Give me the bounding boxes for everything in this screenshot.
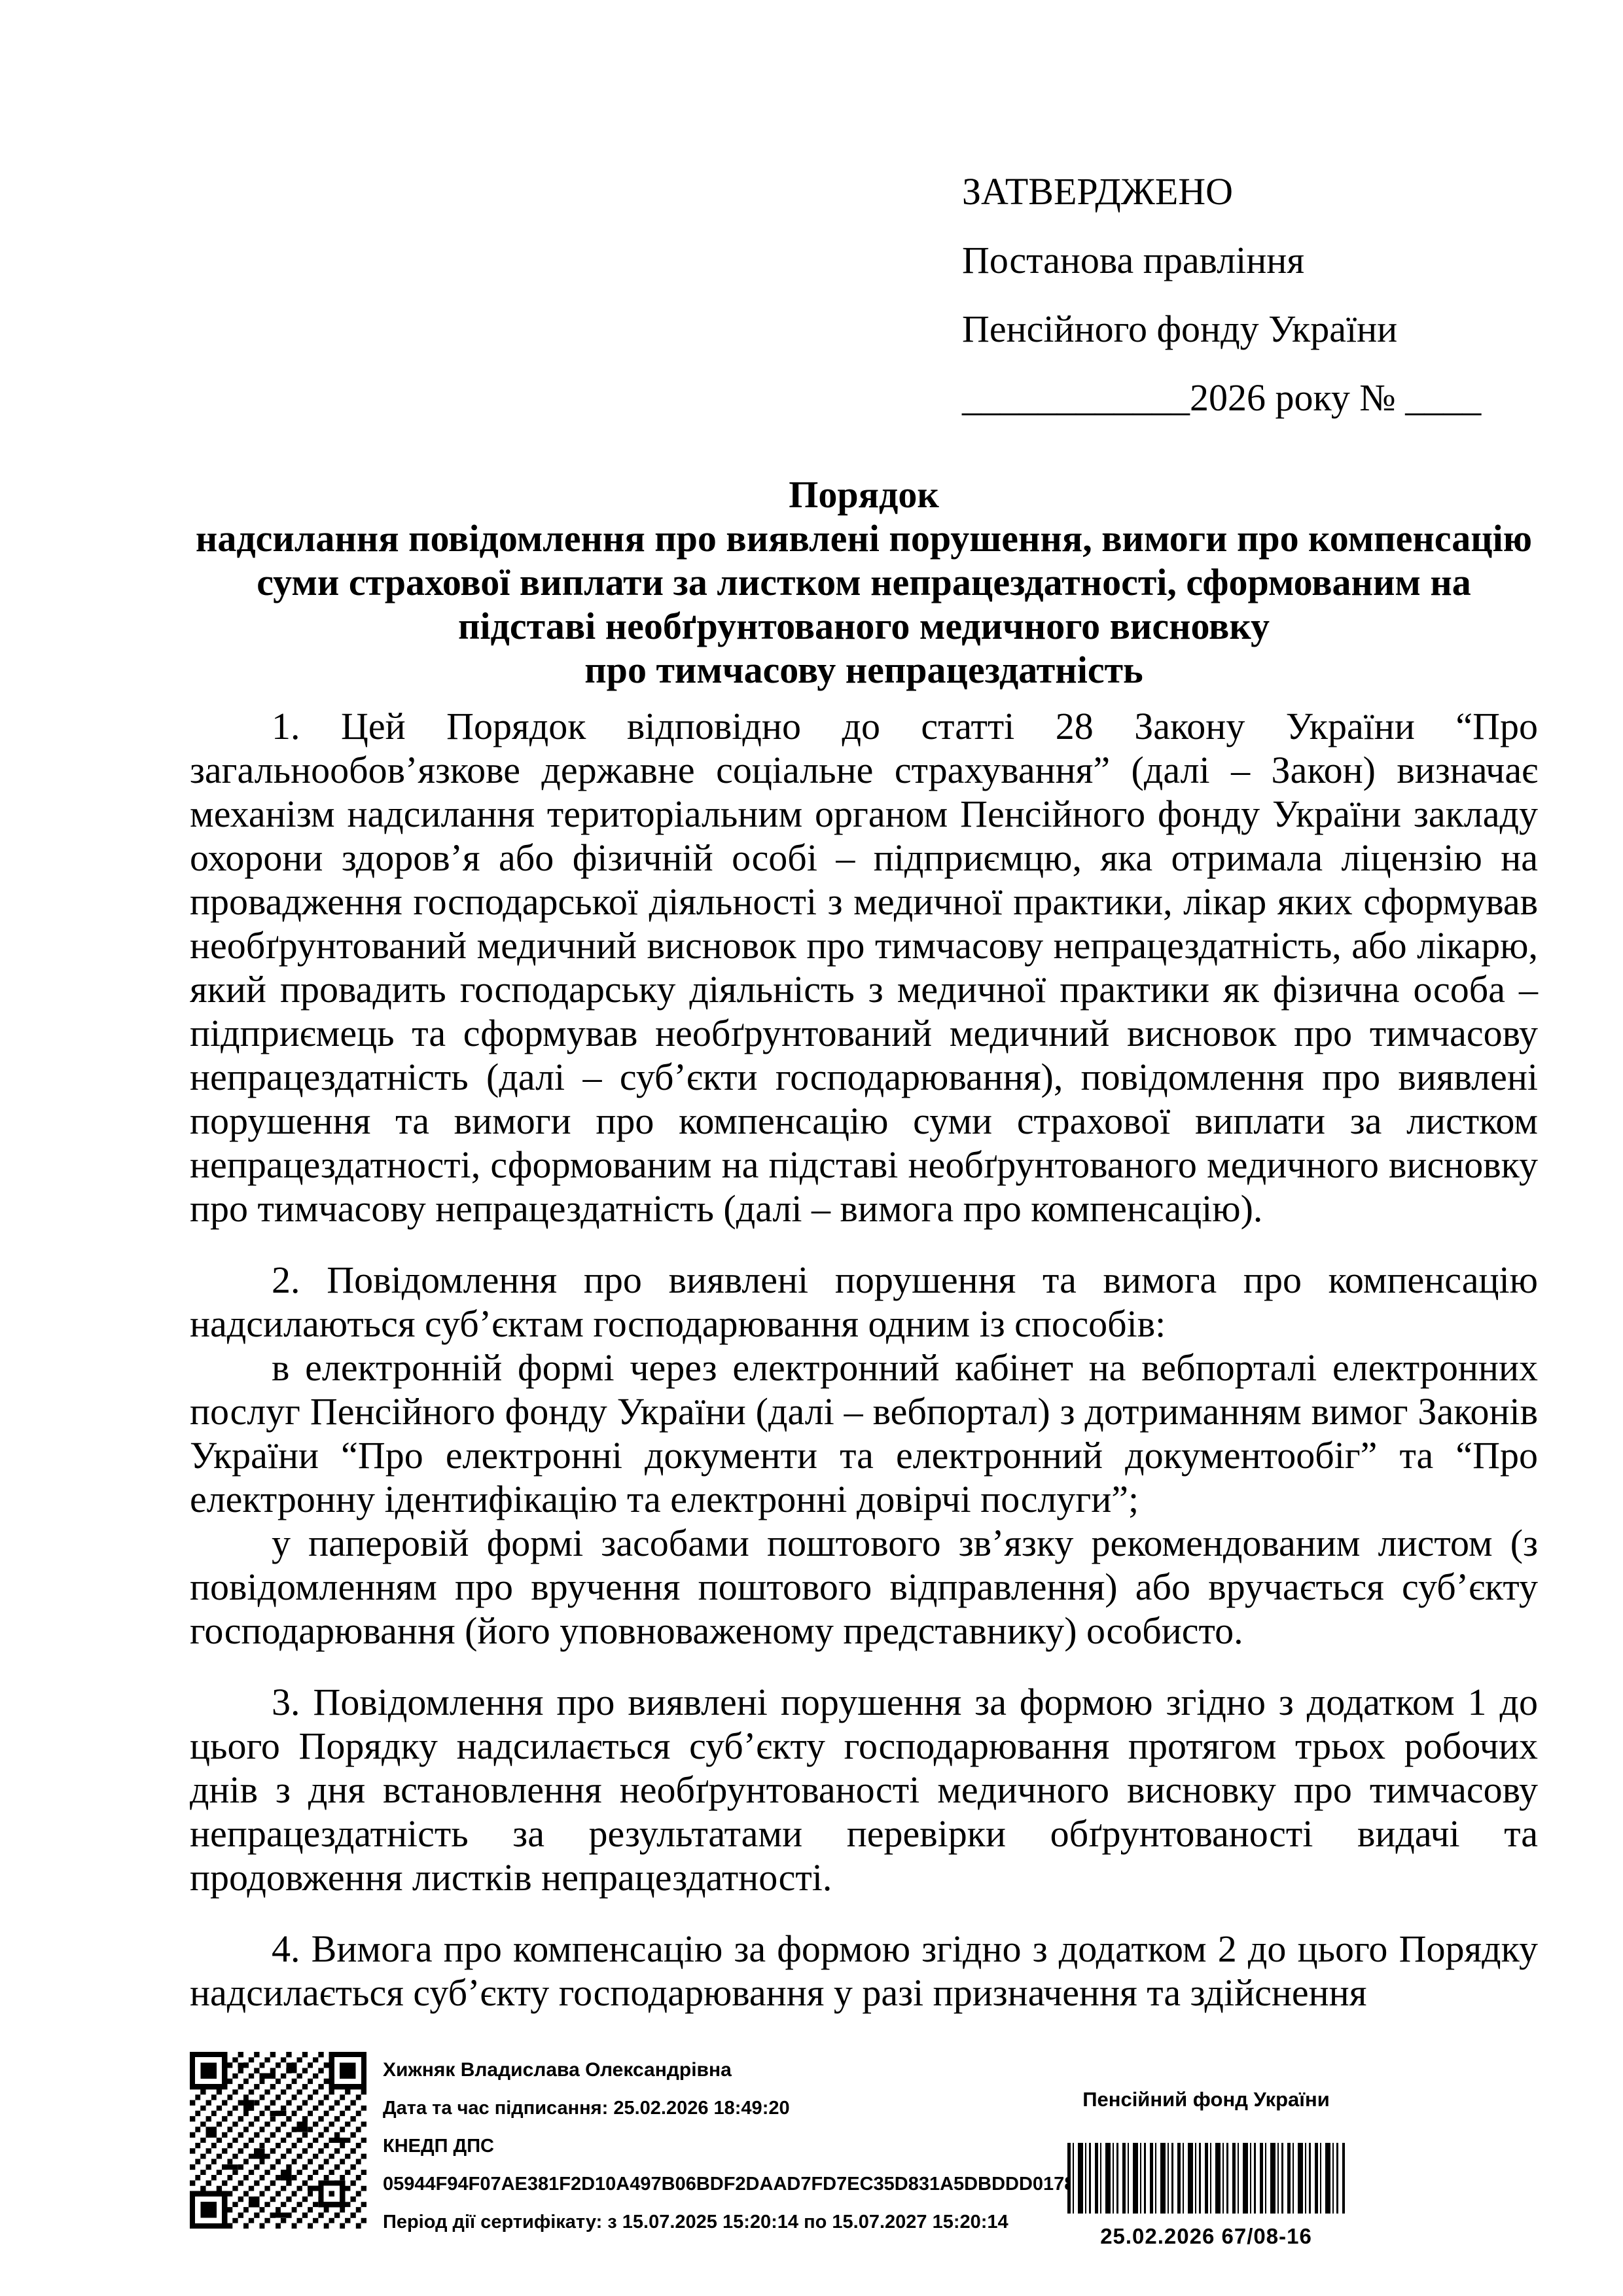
paragraph-1: 1. Цей Порядок відповідно до статті 28 З… (190, 704, 1538, 1230)
title-line: Порядок (190, 473, 1538, 516)
paragraph-4: 4. Вимога про компенсацію за формою згід… (190, 1927, 1538, 2015)
qr-alignment-pattern (318, 2180, 345, 2207)
qr-finder-bottom-left (190, 2191, 227, 2229)
document-title: Порядок надсилання повідомлення про вияв… (190, 473, 1538, 692)
paragraph-3: 3. Повідомлення про виявлені порушення з… (190, 1680, 1538, 1899)
barcode-icon (1067, 2143, 1345, 2214)
document-page: ЗАТВЕРДЖЕНО Постанова правління Пенсійно… (0, 0, 1623, 2296)
approval-title: ЗАТВЕРДЖЕНО (962, 157, 1481, 226)
certificate-serial: 05944F94F07AE381F2D10A497B06BDF2DAAD7FD7… (383, 2173, 1155, 2195)
title-line: суми страхової виплати за листком непрац… (190, 560, 1538, 604)
signer-name: Хижняк Владислава Олександрівна (383, 2059, 1155, 2081)
approval-date-number-line: ____________2026 року № ____ (962, 363, 1481, 432)
approval-authority-line: Постанова правління (962, 226, 1481, 295)
stamp-organization: Пенсійний фонд України (1065, 2088, 1347, 2111)
certificate-validity: Період дії сертифікату: з 15.07.2025 15:… (383, 2211, 1155, 2233)
approval-block: ЗАТВЕРДЖЕНО Постанова правління Пенсійно… (962, 157, 1481, 432)
paragraph-2-paper-method: у паперовій формі засобами поштового зв’… (190, 1521, 1538, 1653)
qr-finder-top-right (329, 2052, 366, 2089)
paragraph-2-electronic-method: в електронній формі через електронний ка… (190, 1346, 1538, 1521)
registration-stamp: Пенсійний фонд України 25.02.2026 67/08-… (1065, 2088, 1347, 2249)
approval-authority-name: Пенсійного фонду України (962, 295, 1481, 363)
qr-finder-top-left (190, 2052, 227, 2089)
document-body: 1. Цей Порядок відповідно до статті 28 З… (190, 704, 1538, 2015)
title-line: підставі необґрунтованого медичного висн… (190, 604, 1538, 648)
signature-datetime: Дата та час підписання: 25.02.2026 18:49… (383, 2097, 1155, 2119)
stamp-date-number: 25.02.2026 67/08-16 (1065, 2224, 1347, 2249)
title-line: надсилання повідомлення про виявлені пор… (190, 516, 1538, 560)
title-line: про тимчасову непрацездатність (190, 648, 1538, 692)
paragraph-2-intro: 2. Повідомлення про виявлені порушення т… (190, 1258, 1538, 1346)
signature-details: Хижняк Владислава Олександрівна Дата та … (383, 2059, 1155, 2249)
signature-ca: КНЕДП ДПС (383, 2135, 1155, 2157)
qr-code-icon (190, 2052, 366, 2229)
